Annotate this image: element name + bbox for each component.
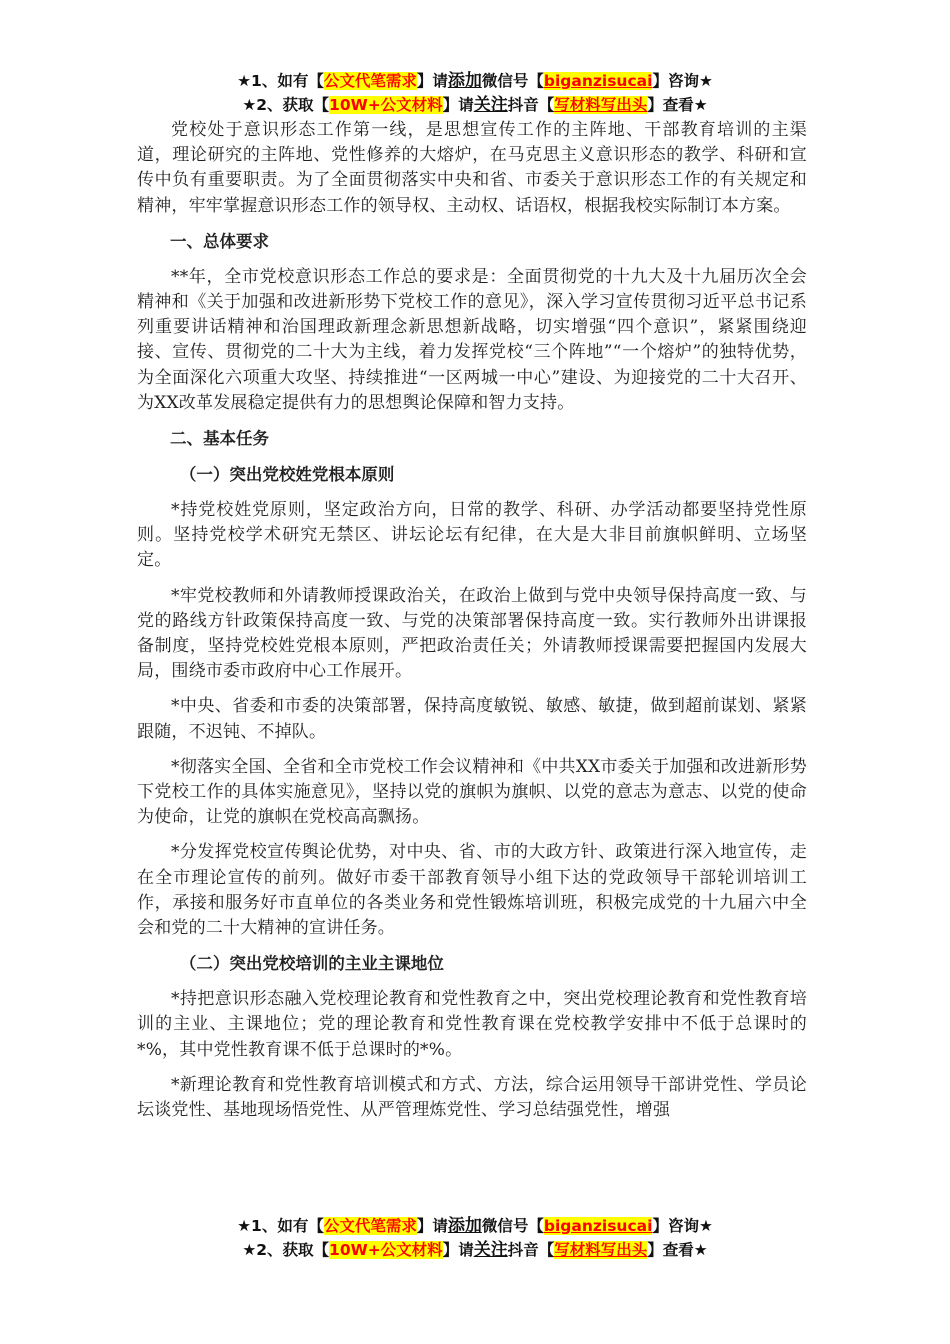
banner-text: ★1、如有【	[237, 1217, 324, 1235]
banner-text: 微信号【	[482, 1217, 544, 1235]
banner-line-1: ★1、如有【公文代笔需求】请添加微信号【biganzisucai】咨询★	[0, 69, 950, 93]
top-banner: ★1、如有【公文代笔需求】请添加微信号【biganzisucai】咨询★ ★2、…	[0, 69, 950, 117]
banner-text: 抖音【	[508, 1241, 555, 1259]
paragraph: *分发挥党校宣传舆论优势，对中央、省、市的大政方针、政策进行深入地宣传，走在全市…	[137, 840, 807, 941]
banner-text: ★2、获取【	[242, 96, 329, 114]
banner-text: ★2、获取【	[242, 1241, 329, 1259]
intro-paragraph: 党校处于意识形态工作第一线，是思想宣传工作的主阵地、干部教育培训的主渠道，理论研…	[137, 118, 807, 219]
highlight-wechat-id[interactable]: biganzisucai	[544, 72, 653, 90]
underlined-add: 添加	[448, 1216, 482, 1236]
banner-text: 微信号【	[482, 72, 544, 90]
banner-text: 】请	[443, 1241, 474, 1259]
underlined-follow: 关注	[474, 95, 508, 115]
paragraph: *彻落实全国、全省和全市党校工作会议精神和《中共XX市委关于加强和改进新形势下党…	[137, 755, 807, 831]
banner-text: 】请	[417, 72, 448, 90]
banner-line-1: ★1、如有【公文代笔需求】请添加微信号【biganzisucai】咨询★	[0, 1214, 950, 1238]
paragraph: *持党校姓党原则，坚定政治方向，日常的教学、科研、办学活动都要坚持党性原则。坚持…	[137, 498, 807, 574]
paragraph: *牢党校教师和外请教师授课政治关，在政治上做到与党中央领导保持高度一致、与党的路…	[137, 584, 807, 685]
document-page: ★1、如有【公文代笔需求】请添加微信号【biganzisucai】咨询★ ★2、…	[0, 0, 950, 1344]
highlight-writing-service: 公文代笔需求	[324, 1217, 417, 1235]
banner-line-2: ★2、获取【10W+公文材料】请关注抖音【写材料写出头】查看★	[0, 93, 950, 117]
highlight-writing-service: 公文代笔需求	[324, 72, 417, 90]
paragraph: *持把意识形态融入党校理论教育和党性教育之中，突出党校理论教育和党性教育培训的主…	[137, 987, 807, 1063]
highlight-douyin-account[interactable]: 写材料写出头	[554, 1241, 647, 1259]
banner-line-2: ★2、获取【10W+公文材料】请关注抖音【写材料写出头】查看★	[0, 1238, 950, 1262]
banner-text: 】咨询★	[652, 1217, 712, 1235]
underlined-add: 添加	[448, 71, 482, 91]
banner-text: 】请	[417, 1217, 448, 1235]
banner-text: 】咨询★	[652, 72, 712, 90]
banner-text: 】查看★	[647, 96, 707, 114]
highlight-materials: 10W+公文材料	[329, 1241, 443, 1259]
underlined-follow: 关注	[474, 1240, 508, 1260]
section-heading-general-requirements: 一、总体要求	[137, 229, 807, 254]
highlight-wechat-id[interactable]: biganzisucai	[544, 1217, 653, 1235]
banner-text: 】查看★	[647, 1241, 707, 1259]
subsection-heading-1: （一）突出党校姓党根本原则	[137, 462, 807, 487]
bottom-banner: ★1、如有【公文代笔需求】请添加微信号【biganzisucai】咨询★ ★2、…	[0, 1214, 950, 1262]
banner-text: ★1、如有【	[237, 72, 324, 90]
highlight-materials: 10W+公文材料	[329, 96, 443, 114]
paragraph: *中央、省委和市委的决策部署，保持高度敏锐、敏感、敏捷，做到超前谋划、紧紧跟随，…	[137, 694, 807, 744]
document-body: 党校处于意识形态工作第一线，是思想宣传工作的主阵地、干部教育培训的主渠道，理论研…	[137, 118, 807, 1133]
subsection-heading-2: （二）突出党校培训的主业主课地位	[137, 951, 807, 976]
paragraph: *新理论教育和党性教育培训模式和方式、方法，综合运用领导干部讲党性、学员论坛谈党…	[137, 1073, 807, 1123]
banner-text: 】请	[443, 96, 474, 114]
highlight-douyin-account[interactable]: 写材料写出头	[554, 96, 647, 114]
section-heading-basic-tasks: 二、基本任务	[137, 426, 807, 451]
banner-text: 抖音【	[508, 96, 555, 114]
general-requirements-paragraph: **年，全市党校意识形态工作总的要求是：全面贯彻党的十九大及十九届历次全会精神和…	[137, 265, 807, 416]
